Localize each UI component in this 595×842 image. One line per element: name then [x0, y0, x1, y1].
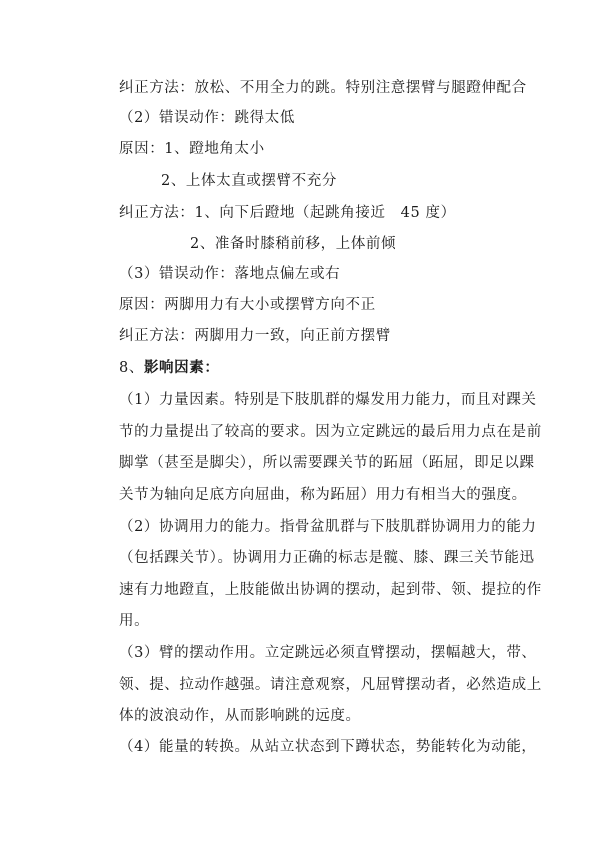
cause-line-1: 原因：1、蹬地角太小: [119, 139, 519, 159]
error-item-2: （2）错误动作：跳得太低: [119, 108, 519, 128]
paragraph-line: 体的波浪动作，从而影响跳的远度。: [119, 706, 519, 726]
correction-method-line-2: 纠正方法：1、向下后蹬地（起跳角接近 45 度）: [119, 203, 519, 223]
cause-line-3: 原因：两脚用力有大小或摆臂方向不正: [119, 295, 519, 315]
section-number: 8、: [119, 360, 144, 376]
paragraph-line: 关节为轴向足底方向屈曲，称为跖屈）用力有相当大的强度。: [119, 485, 519, 505]
cause-line-2: 2、上体太直或摆臂不充分: [161, 171, 561, 191]
paragraph-line: （1）力量因素。特别是下肢肌群的爆发用力能力，而且对踝关: [119, 390, 519, 410]
correction-method-line-4: 纠正方法：两脚用力一致，向正前方摆臂: [119, 326, 519, 346]
paragraph-line: 领、提、拉动作越强。请注意观察，凡屈臂摆动者，必然造成上: [119, 675, 519, 695]
paragraph-line: 用。: [119, 611, 519, 631]
correction-method-line-1: 纠正方法：放松、不用全力的跳。特别注意摆臂与腿蹬伸配合: [119, 78, 519, 98]
paragraph-line: 脚掌（甚至是脚尖），所以需要踝关节的跖屈（跖屈，即足以踝: [119, 453, 519, 473]
paragraph-line: 节的力量提出了较高的要求。因为立定跳远的最后用力点在是前: [119, 422, 519, 442]
paragraph-line: （4）能量的转换。从站立状态到下蹲状态，势能转化为动能，: [119, 737, 519, 757]
paragraph-line: 速有力地蹬直，上肢能做出协调的摆动，起到带、领、提拉的作: [119, 580, 519, 600]
section-heading: 8、影响因素：: [119, 358, 519, 378]
error-item-3: （3）错误动作：落地点偏左或右: [119, 264, 519, 284]
document-page: 纠正方法：放松、不用全力的跳。特别注意摆臂与腿蹬伸配合 （2）错误动作：跳得太低…: [0, 0, 595, 842]
section-title: 影响因素：: [144, 359, 220, 376]
paragraph-line: （3）臂的摆动作用。立定跳远必须直臂摆动，摆幅越大，带、: [119, 643, 519, 663]
correction-method-line-3: 2、准备时膝稍前移，上体前倾: [190, 234, 590, 254]
paragraph-line: （2）协调用力的能力。指骨盆肌群与下肢肌群协调用力的能力: [119, 517, 519, 537]
paragraph-line: （包括踝关节）。协调用力正确的标志是髋、膝、踝三关节能迅: [119, 548, 519, 568]
